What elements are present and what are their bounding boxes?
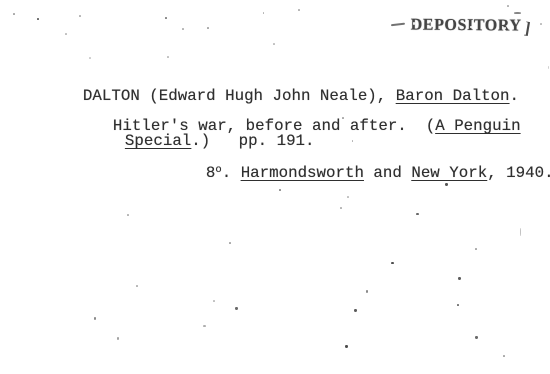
noise-speckle	[127, 214, 129, 216]
depository-stamp: DEPOSITORY ]	[391, 12, 531, 37]
noise-speckle	[273, 43, 275, 45]
noise-speckle	[520, 228, 521, 236]
text-segment: .	[222, 164, 241, 182]
noise-speckle	[65, 33, 67, 35]
noise-speckle	[347, 196, 349, 198]
noise-speckle	[94, 317, 96, 320]
noise-speckle	[503, 355, 505, 357]
noise-speckle	[117, 337, 119, 340]
noise-speckle	[416, 213, 419, 215]
imprint-line: 8o. Harmondsworth and New York, 1940.	[168, 146, 550, 197]
noise-speckle	[37, 18, 39, 20]
stamp-bracket-left	[391, 22, 405, 26]
underlined-text-segment: New York	[411, 164, 487, 182]
noise-speckle	[470, 26, 472, 28]
noise-speckle	[391, 262, 394, 264]
noise-speckle	[475, 248, 477, 250]
noise-speckle	[458, 277, 461, 280]
noise-speckle	[451, 20, 453, 23]
stamp-bracket-right: ]	[523, 18, 532, 39]
noise-speckle	[366, 290, 368, 293]
noise-speckle	[182, 28, 184, 30]
noise-speckle	[298, 9, 300, 11]
noise-speckle	[213, 300, 215, 302]
text-segment: , 1940.	[487, 164, 550, 182]
stamp-text: DEPOSITORY	[411, 15, 522, 36]
underlined-text-segment: Harmondsworth	[241, 164, 364, 182]
noise-speckle	[345, 345, 348, 348]
noise-speckle	[263, 12, 264, 14]
noise-speckle	[548, 66, 549, 69]
noise-speckle	[489, 22, 491, 25]
noise-speckle	[13, 13, 15, 15]
noise-speckle	[203, 325, 206, 327]
noise-speckle	[507, 5, 509, 7]
noise-speckle	[445, 183, 448, 186]
noise-speckle	[340, 207, 342, 209]
underlined-text-segment: A Penguin	[435, 117, 520, 135]
noise-speckle	[457, 304, 459, 306]
noise-speckle	[475, 336, 478, 339]
noise-speckle	[79, 15, 81, 17]
text-segment: 8	[206, 164, 215, 182]
noise-speckle	[354, 309, 357, 312]
noise-speckle	[89, 57, 91, 59]
noise-speckle	[229, 242, 231, 244]
noise-speckle	[540, 23, 542, 25]
noise-speckle	[514, 12, 521, 14]
noise-speckle	[207, 27, 209, 29]
noise-speckle	[136, 285, 138, 287]
noise-speckle	[167, 56, 169, 58]
noise-speckle	[504, 27, 506, 29]
text-segment: and	[364, 164, 411, 182]
noise-speckle	[432, 25, 434, 27]
noise-speckle	[413, 22, 415, 25]
noise-speckle	[235, 307, 238, 310]
noise-speckle	[165, 17, 167, 19]
noise-speckle	[279, 189, 281, 191]
noise-speckle	[352, 140, 353, 142]
catalog-card: DEPOSITORY ] DALTON (Edward Hugh John Ne…	[0, 0, 550, 374]
noise-speckle	[342, 117, 344, 119]
